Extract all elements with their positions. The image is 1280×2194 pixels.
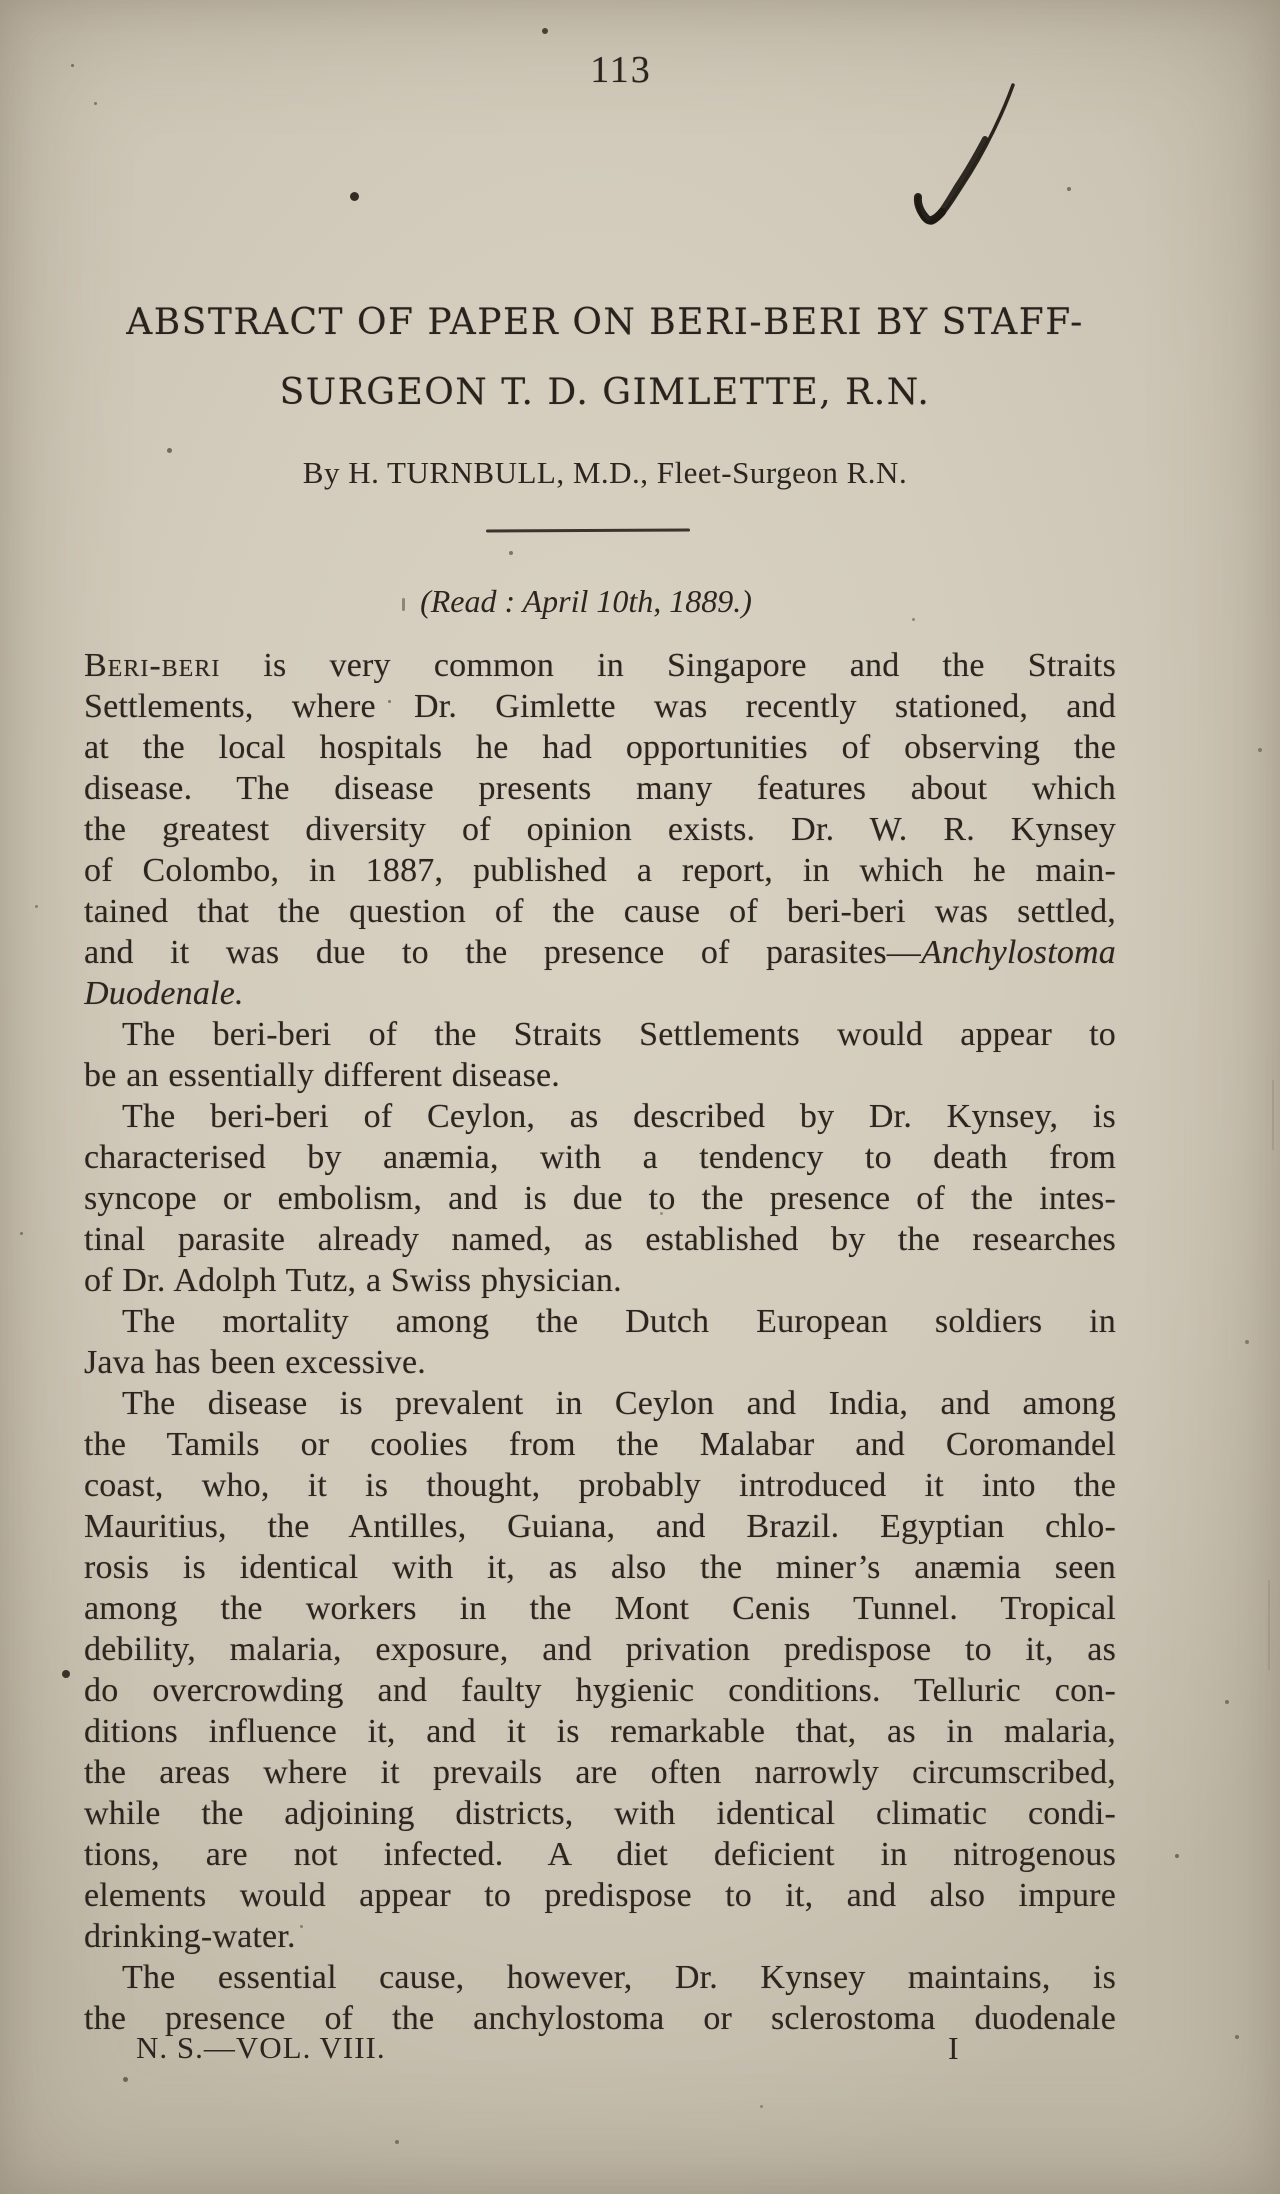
- text-line: ditions influence it, and it is remarkab…: [84, 1711, 1116, 1752]
- read-date-note: (Read : April 10th, 1889.): [0, 581, 1172, 621]
- text-line: Java has been excessive.: [84, 1342, 1116, 1383]
- paper-speck: [20, 1232, 23, 1235]
- ink-blot: [62, 1670, 70, 1678]
- text-line: the areas where it prevails are often na…: [84, 1752, 1116, 1793]
- pen-checkmark-icon: [898, 66, 1028, 238]
- text-line: The mortality among the Dutch European s…: [84, 1301, 1116, 1342]
- text-line: do overcrowding and faulty hygienic cond…: [84, 1670, 1116, 1711]
- paper-speck: [1175, 1854, 1179, 1858]
- paper-speck: [1067, 187, 1071, 191]
- paper-speck: [1245, 1340, 1249, 1344]
- paper-title-line2: SURGEON T. D. GIMLETTE, R.N.: [0, 358, 1210, 428]
- text-line: while the adjoining districts, with iden…: [84, 1793, 1116, 1834]
- paper-speck: [1258, 748, 1262, 752]
- paper-speck: [542, 28, 548, 34]
- paper-fiber: [1272, 1080, 1274, 1150]
- footer-volume-label: N. S.—VOL. VIII.: [136, 2030, 386, 2066]
- text-line: elements would appear to predispose to i…: [84, 1875, 1116, 1916]
- text-line: the greatest diversity of opinion exists…: [84, 809, 1116, 850]
- text-line: and it was due to the presence of parasi…: [84, 932, 1116, 973]
- paper-speck: [1235, 2035, 1239, 2039]
- text-line: tions, are not infected. A diet deficien…: [84, 1834, 1116, 1875]
- paper-speck: [71, 64, 74, 67]
- paper-speck: [94, 102, 97, 105]
- paper-speck: [395, 2140, 399, 2144]
- text-line: The beri-beri of the Straits Settlements…: [84, 1014, 1116, 1055]
- paper-speck: [760, 2105, 763, 2108]
- text-line: the Tamils or coolies from the Malabar a…: [84, 1424, 1116, 1465]
- text-line: Duodenale.: [84, 973, 1116, 1014]
- text-line: tinal parasite already named, as establi…: [84, 1219, 1116, 1260]
- text-line: coast, who, it is thought, probably intr…: [84, 1465, 1116, 1506]
- text-line: Settlements, where Dr. Gimlette was rece…: [84, 686, 1116, 727]
- paper-speck: [509, 551, 513, 555]
- scanned-paper-page: 113 ABSTRACT OF PAPER ON BERI-BERI BY ST…: [0, 0, 1280, 2194]
- text-line: syncope or embolism, and is due to the p…: [84, 1178, 1116, 1219]
- text-line: Beri-beri is very common in Singapore an…: [84, 645, 1116, 686]
- paper-speck: [123, 2077, 128, 2082]
- paper-speck: [1225, 1700, 1229, 1704]
- text-line: of Colombo, in 1887, published a report,…: [84, 850, 1116, 891]
- text-line: disease. The disease presents many featu…: [84, 768, 1116, 809]
- article-body: Beri-beri is very common in Singapore an…: [84, 645, 1116, 2039]
- text-line: debility, malaria, exposure, and privati…: [84, 1629, 1116, 1670]
- text-line: The disease is prevalent in Ceylon and I…: [84, 1383, 1116, 1424]
- ink-blot: [350, 192, 359, 201]
- text-line: characterised by anæmia, with a tendency…: [84, 1137, 1116, 1178]
- text-line: at the local hospitals he had opportunit…: [84, 727, 1116, 768]
- page-number: 113: [566, 50, 676, 90]
- text-line: of Dr. Adolph Tutz, a Swiss physician.: [84, 1260, 1116, 1301]
- paper-speck: [167, 448, 172, 453]
- text-line: tained that the question of the cause of…: [84, 891, 1116, 932]
- text-line: The essential cause, however, Dr. Kynsey…: [84, 1957, 1116, 1998]
- text-line: The beri-beri of Ceylon, as described by…: [84, 1096, 1116, 1137]
- author-byline: By H. TURNBULL, M.D., Fleet-Surgeon R.N.: [0, 455, 1210, 491]
- text-line: drinking-water.: [84, 1916, 1116, 1957]
- paper-title-line1: ABSTRACT OF PAPER ON BERI-BERI BY STAFF-: [0, 288, 1210, 358]
- paper-fiber: [1268, 1580, 1270, 1670]
- text-line: be an essentially different disease.: [84, 1055, 1116, 1096]
- section-divider-rule: [486, 529, 690, 533]
- footer-signature-mark: I: [948, 2030, 959, 2066]
- paper-speck: [35, 905, 38, 908]
- text-line: Mauritius, the Antilles, Guiana, and Bra…: [84, 1506, 1116, 1547]
- text-line: rosis is identical with it, as also the …: [84, 1547, 1116, 1588]
- text-line: among the workers in the Mont Cenis Tunn…: [84, 1588, 1116, 1629]
- paper-title: ABSTRACT OF PAPER ON BERI-BERI BY STAFF-…: [0, 288, 1210, 428]
